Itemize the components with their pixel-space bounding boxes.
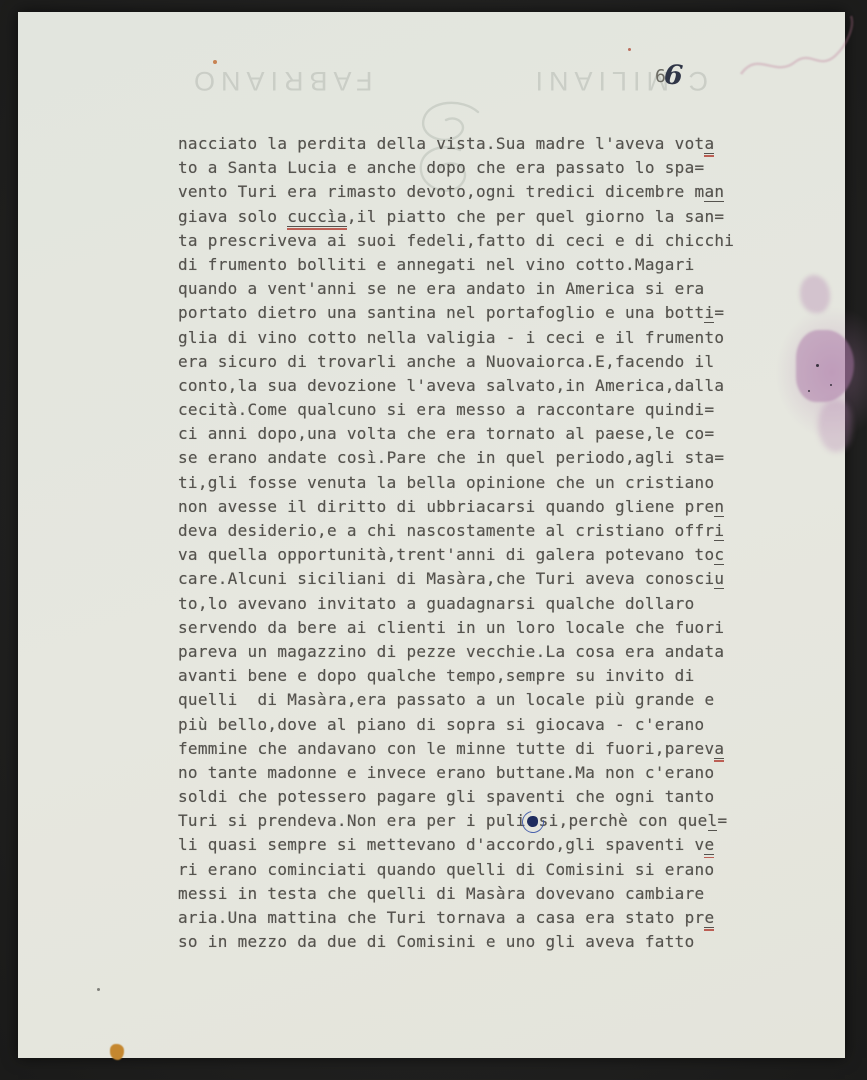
ink-speck [808,390,810,392]
underlined-text: cuccìa [287,207,347,227]
text-line: va quella opportunità,trent'anni di gale… [178,543,778,567]
text-segment: era sicuro di trovarli anche a Nuovaiorc… [178,352,714,371]
stain-purple-halo [775,305,867,440]
text-line: ti,gli fosse venuta la bella opinione ch… [178,471,778,495]
underlined-text: i [704,303,714,323]
underlined-text: c [714,545,724,565]
text-line: glia di vino cotto nella valigia - i cec… [178,326,778,350]
text-line: ci anni dopo,una volta che era tornato a… [178,422,778,446]
underlined-text: e [704,908,714,928]
text-segment: = [714,303,724,322]
text-line: no tante madonne e invece erano buttane.… [178,761,778,785]
text-segment: avanti bene e dopo qualche tempo,sempre … [178,666,695,685]
text-line: giava solo cuccìa,il piatto che per quel… [178,205,778,229]
text-segment: di frumento bolliti e annegati nel vino … [178,255,695,274]
text-segment: deva desiderio,e a chi nascostamente al … [178,521,714,540]
paper-speck-orange [213,60,217,64]
text-line: aria.Una mattina che Turi tornava a casa… [178,906,778,930]
stain-purple-lower [818,400,852,452]
text-line: to a Santa Lucia e anche dopo che era pa… [178,156,778,180]
text-segment: non avesse il diritto di ubbriacarsi qua… [178,497,714,516]
text-segment: portato dietro una santina nel portafogl… [178,303,704,322]
text-line: deva desiderio,e a chi nascostamente al … [178,519,778,543]
watermark-text-right: FABRIANO [188,66,373,97]
underlined-text: n [714,497,724,517]
text-segment: ci anni dopo,una volta che era tornato a… [178,424,714,443]
text-segment: quando a vent'anni se ne era andato in A… [178,279,704,298]
text-segment: vento Turi era rimasto devoto,ogni tredi… [178,182,704,201]
text-line: più bello,dove al piano di sopra si gioc… [178,713,778,737]
paper-speck-red [628,48,631,51]
underlined-text: an [704,182,724,202]
text-segment: più bello,dove al piano di sopra si gioc… [178,715,704,734]
text-segment: quelli di Masàra,era passato a un locale… [178,690,714,709]
text-segment: li quasi sempre si mettevano d'accordo,g… [178,835,704,854]
underlined-text: l [708,811,718,831]
text-line: era sicuro di trovarli anche a Nuovaiorc… [178,350,778,374]
text-segment: va quella opportunità,trent'anni di gale… [178,545,714,564]
scanner-background: C MILIANI FABRIANO 6 6 nacciato la perdi… [0,0,867,1080]
text-segment: soldi che potessero pagare gli spaventi … [178,787,714,806]
text-segment: ti,gli fosse venuta la bella opinione ch… [178,473,714,492]
text-segment: nacciato la perdita della vista.Sua madr… [178,134,704,153]
text-line: soldi che potessero pagare gli spaventi … [178,785,778,809]
text-line: quelli di Masàra,era passato a un locale… [178,688,778,712]
text-segment: giava solo [178,207,287,226]
underlined-text: e [704,835,714,855]
text-line: conto,la sua devozione l'aveva salvato,i… [178,374,778,398]
text-segment: ri erano cominciati quando quelli di Com… [178,860,714,879]
stain-pink-top-right [723,12,867,116]
text-line: avanti bene e dopo qualche tempo,sempre … [178,664,778,688]
text-segment: to a Santa Lucia e anche dopo che era pa… [178,158,704,177]
text-segment: servendo da bere ai clienti in un loro l… [178,618,724,637]
ink-speck [830,384,832,386]
text-segment: ta prescriveva ai suoi fedeli,fatto di c… [178,231,734,250]
text-line: li quasi sempre si mettevano d'accordo,g… [178,833,778,857]
text-line: non avesse il diritto di ubbriacarsi qua… [178,495,778,519]
text-segment: no tante madonne e invece erano buttane.… [178,763,714,782]
text-line: quando a vent'anni se ne era andato in A… [178,277,778,301]
text-segment: conto,la sua devozione l'aveva salvato,i… [178,376,724,395]
text-segment: to,lo avevano invitato a guadagnarsi qua… [178,594,695,613]
underlined-text: a [714,739,724,759]
blue-ink-correction [526,813,539,829]
page-number-handwritten: 6 [663,65,683,86]
text-line: di frumento bolliti e annegati nel vino … [178,253,778,277]
ink-speck [816,364,819,367]
text-line: ta prescriveva ai suoi fedeli,fatto di c… [178,229,778,253]
text-line: cecità.Come qualcuno si era messo a racc… [178,398,778,422]
stain-orange-bottom [110,1044,124,1060]
underlined-text: i [714,521,724,541]
page-number: 6 6 [655,66,683,87]
text-segment: aria.Una mattina che Turi tornava a casa… [178,908,704,927]
text-line: vento Turi era rimasto devoto,ogni tredi… [178,180,778,204]
text-line: so in mezzo da due di Comisini e uno gli… [178,930,778,954]
text-segment: = [717,811,727,830]
text-line: servendo da bere ai clienti in un loro l… [178,616,778,640]
text-segment: pareva un magazzino di pezze vecchie.La … [178,642,724,661]
text-line: portato dietro una santina nel portafogl… [178,301,778,325]
stain-purple-right [796,330,854,402]
text-line: se erano andate così.Pare che in quel pe… [178,446,778,470]
text-segment: messi in testa che quelli di Masàra dove… [178,884,704,903]
text-segment: glia di vino cotto nella valigia - i cec… [178,328,724,347]
text-segment: Turi si prendeva.Non era per i puli [178,811,526,830]
text-line: pareva un magazzino di pezze vecchie.La … [178,640,778,664]
text-line: messi in testa che quelli di Masàra dove… [178,882,778,906]
text-segment: so in mezzo da due di Comisini e uno gli… [178,932,695,951]
text-segment: cecità.Come qualcuno si era messo a racc… [178,400,714,419]
text-segment: femmine che andavano con le minne tutte … [178,739,714,758]
typescript-text: nacciato la perdita della vista.Sua madr… [178,132,778,954]
text-line: femmine che andavano con le minne tutte … [178,737,778,761]
text-line: ri erano cominciati quando quelli di Com… [178,858,778,882]
text-line: Turi si prendeva.Non era per i pulisi,pe… [178,809,778,833]
text-line: to,lo avevano invitato a guadagnarsi qua… [178,592,778,616]
text-segment: si,perchè con que [539,811,708,830]
stain-purple-upper [800,275,830,313]
underlined-text: u [714,569,724,589]
text-segment: care.Alcuni siciliani di Masàra,che Turi… [178,569,714,588]
text-line: care.Alcuni siciliani di Masàra,che Turi… [178,567,778,591]
text-segment: se erano andate così.Pare che in quel pe… [178,448,724,467]
paper-speck-dark [97,988,100,991]
underlined-text: a [704,134,714,154]
paper-sheet: C MILIANI FABRIANO 6 6 nacciato la perdi… [18,12,845,1058]
text-line: nacciato la perdita della vista.Sua madr… [178,132,778,156]
text-segment: ,il piatto che per quel giorno la san= [347,207,724,226]
